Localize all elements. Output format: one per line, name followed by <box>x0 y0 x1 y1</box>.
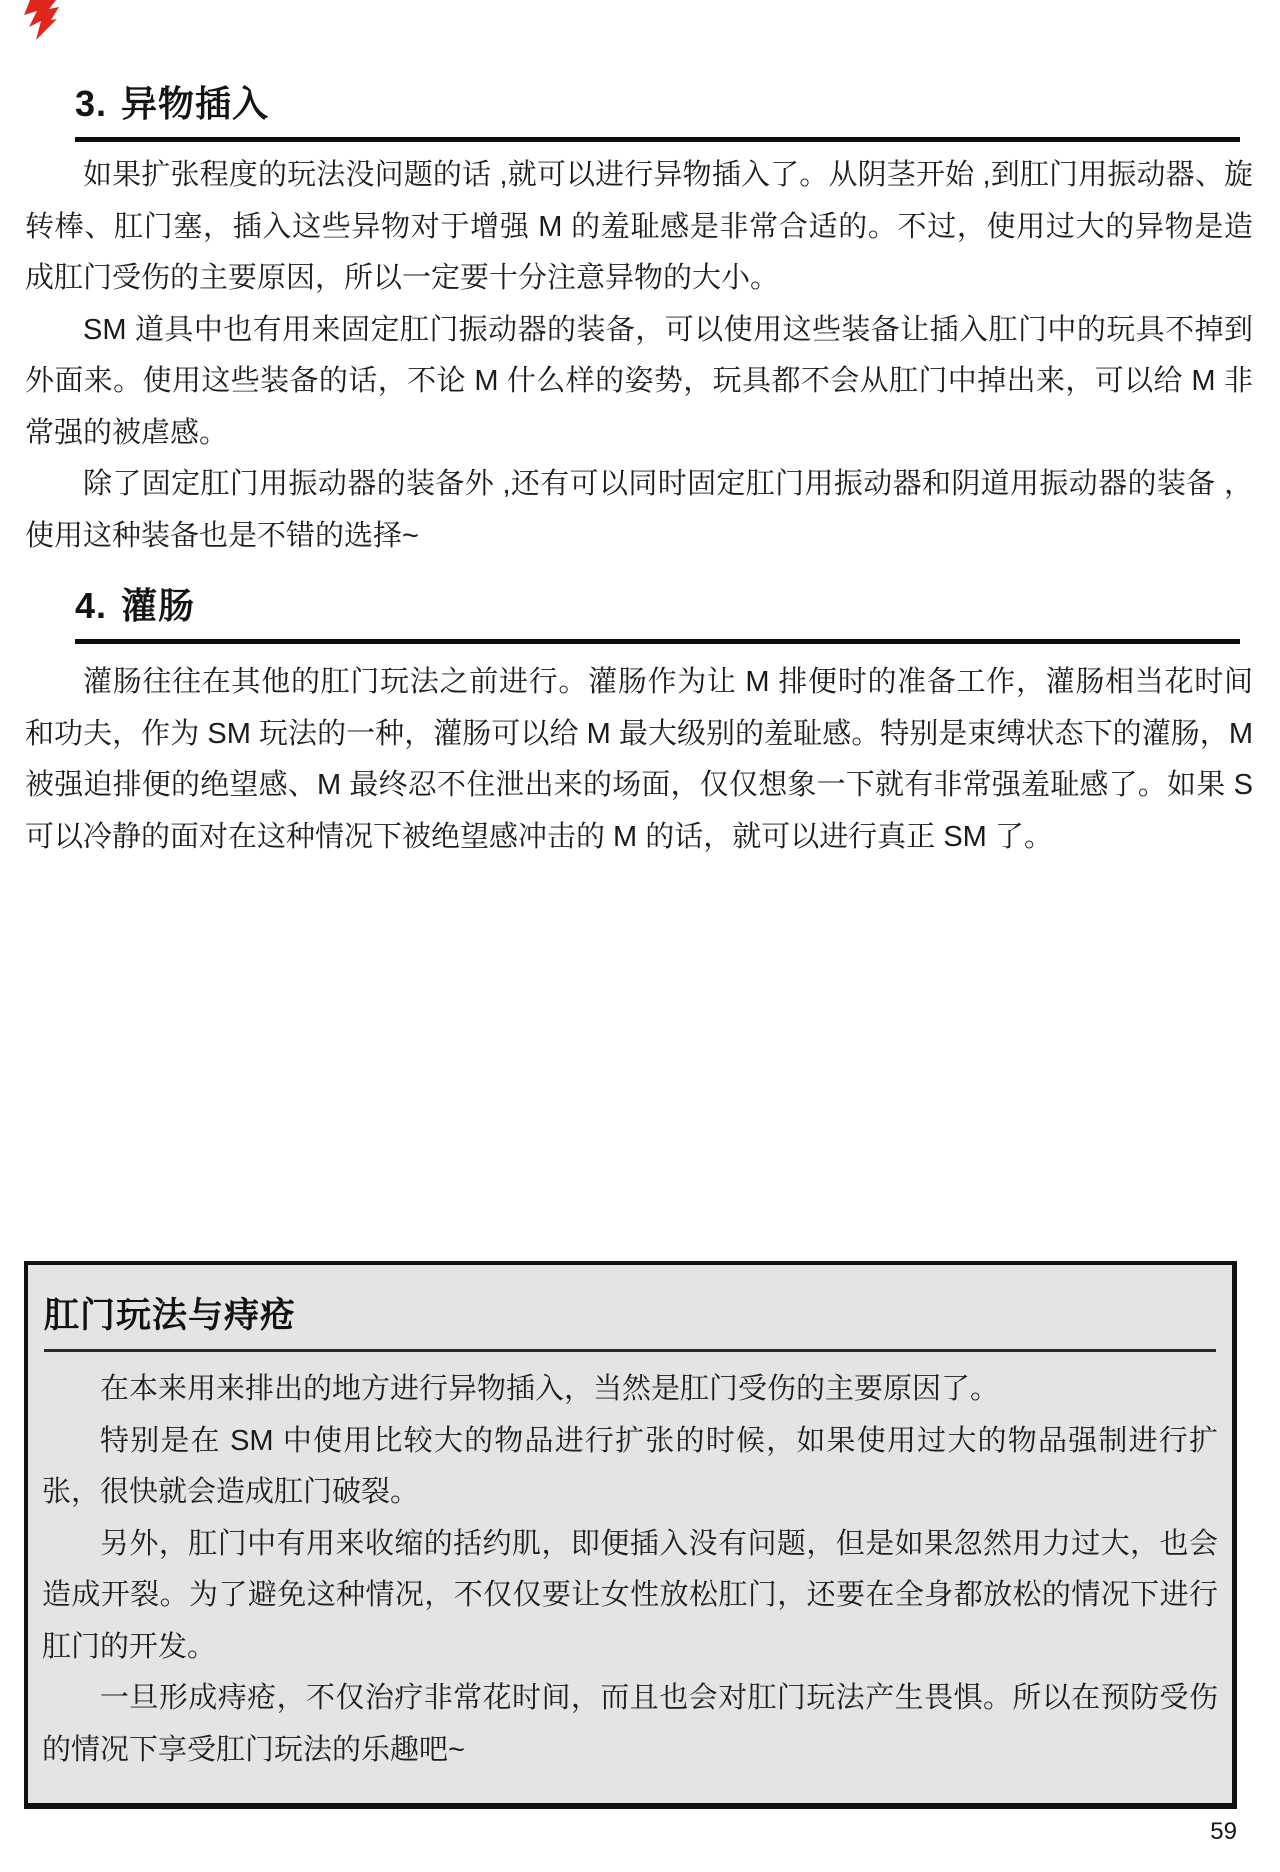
red-scribble-shape <box>24 0 59 40</box>
section-number: 3. <box>75 83 107 124</box>
paragraph: 灌肠往往在其他的肛门玩法之前进行。灌肠作为让 M 排便时的准备工作，灌肠相当花时… <box>25 657 1253 863</box>
paragraph: 如果扩张程度的玩法没问题的话 ,就可以进行异物插入了。从阴茎开始 ,到肛门用振动… <box>25 150 1253 305</box>
paragraph: 另外，肛门中有用来收缩的括约肌，即便插入没有问题，但是如果忽然用力过大，也会造成… <box>42 1519 1218 1674</box>
page-number: 59 <box>1210 1818 1237 1846</box>
section-heading-foreign-object-insertion: 3.异物插入 <box>75 84 1240 142</box>
section-title: 异物插入 <box>121 83 269 124</box>
callout-box: 肛门玩法与痔疮 在本来用来排出的地方进行异物插入，当然是肛门受伤的主要原因了。 … <box>24 1261 1237 1809</box>
callout-title-divider <box>44 1349 1216 1352</box>
document-page: 3.异物插入 如果扩张程度的玩法没问题的话 ,就可以进行异物插入了。从阴茎开始 … <box>0 0 1280 1872</box>
section-number: 4. <box>75 585 107 626</box>
section-title: 灌肠 <box>121 585 195 626</box>
callout-body: 在本来用来排出的地方进行异物插入，当然是肛门受伤的主要原因了。 特别是在 SM … <box>42 1364 1218 1776</box>
paragraph: 一旦形成痔疮，不仅治疗非常花时间，而且也会对肛门玩法产生畏惧。所以在预防受伤的情… <box>42 1673 1218 1776</box>
section-heading-enema: 4.灌肠 <box>75 586 1240 644</box>
section-body-foreign-object-insertion: 如果扩张程度的玩法没问题的话 ,就可以进行异物插入了。从阴茎开始 ,到肛门用振动… <box>25 150 1253 562</box>
red-scribble-mark <box>22 0 64 42</box>
callout-title: 肛门玩法与痔疮 <box>44 1295 1216 1337</box>
paragraph: 在本来用来排出的地方进行异物插入，当然是肛门受伤的主要原因了。 <box>42 1364 1218 1416</box>
section-body-enema: 灌肠往往在其他的肛门玩法之前进行。灌肠作为让 M 排便时的准备工作，灌肠相当花时… <box>25 657 1253 863</box>
paragraph: 除了固定肛门用振动器的装备外 ,还有可以同时固定肛门用振动器和阴道用振动器的装备… <box>25 459 1253 562</box>
paragraph: 特别是在 SM 中使用比较大的物品进行扩张的时候，如果使用过大的物品强制进行扩张… <box>42 1416 1218 1519</box>
paragraph: SM 道具中也有用来固定肛门振动器的装备，可以使用这些装备让插入肛门中的玩具不掉… <box>25 305 1253 460</box>
